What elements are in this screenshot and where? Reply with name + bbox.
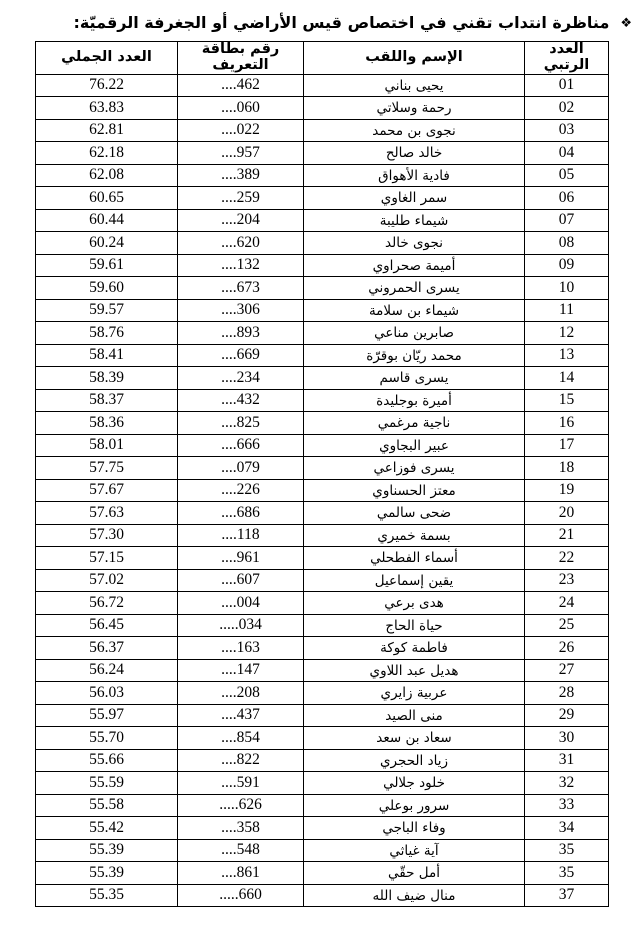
score-cell: 56.37 bbox=[36, 637, 178, 660]
score-cell: 55.59 bbox=[36, 772, 178, 795]
score-cell: 60.44 bbox=[36, 209, 178, 232]
id-card-cell: ....226 bbox=[178, 479, 304, 502]
score-cell: 62.08 bbox=[36, 164, 178, 187]
header-total-score: العدد الجملي bbox=[36, 42, 178, 75]
name-cell: يحيى بناني bbox=[304, 74, 525, 97]
name-cell: ضحى سالمي bbox=[304, 502, 525, 525]
id-card-cell: ....022 bbox=[178, 119, 304, 142]
table-row: 13 محمد ريّان بوقرّة ....669 58.41 bbox=[36, 344, 609, 367]
header-row: العدد الرتبي الإسم واللقب رقم بطاقة التع… bbox=[36, 42, 609, 75]
table-row: 15 أميرة بوجليدة ....432 58.37 bbox=[36, 389, 609, 412]
score-cell: 57.63 bbox=[36, 502, 178, 525]
name-cell: زياد الحجري bbox=[304, 749, 525, 772]
score-cell: 62.81 bbox=[36, 119, 178, 142]
table-row: 01 يحيى بناني ....462 76.22 bbox=[36, 74, 609, 97]
table-row: 33 سرور بوعلي .....626 55.58 bbox=[36, 794, 609, 817]
name-cell: عبير البجاوي bbox=[304, 434, 525, 457]
id-card-cell: ....204 bbox=[178, 209, 304, 232]
id-card-cell: .....626 bbox=[178, 794, 304, 817]
table-row: 03 نجوى بن محمد ....022 62.81 bbox=[36, 119, 609, 142]
score-cell: 57.30 bbox=[36, 524, 178, 547]
name-cell: خلود جلالي bbox=[304, 772, 525, 795]
name-cell: خالد صالح bbox=[304, 142, 525, 165]
score-cell: 58.39 bbox=[36, 367, 178, 390]
score-cell: 58.36 bbox=[36, 412, 178, 435]
score-cell: 58.37 bbox=[36, 389, 178, 412]
table-row: 37 منال ضيف الله .....660 55.35 bbox=[36, 884, 609, 907]
table-row: 35 آية غياثي ....548 55.39 bbox=[36, 839, 609, 862]
header-id-card: رقم بطاقة التعريف bbox=[178, 42, 304, 75]
id-card-cell: ....620 bbox=[178, 232, 304, 255]
rank-cell: 04 bbox=[525, 142, 609, 165]
rank-cell: 12 bbox=[525, 322, 609, 345]
id-card-cell: ....607 bbox=[178, 569, 304, 592]
id-card-cell: ....079 bbox=[178, 457, 304, 480]
id-card-cell: ....893 bbox=[178, 322, 304, 345]
score-cell: 57.67 bbox=[36, 479, 178, 502]
score-cell: 59.60 bbox=[36, 277, 178, 300]
rank-cell: 18 bbox=[525, 457, 609, 480]
rank-cell: 01 bbox=[525, 74, 609, 97]
rank-cell: 15 bbox=[525, 389, 609, 412]
rank-cell: 11 bbox=[525, 299, 609, 322]
name-cell: شيماء بن سلامة bbox=[304, 299, 525, 322]
table-row: 32 خلود جلالي ....591 55.59 bbox=[36, 772, 609, 795]
id-card-cell: ....548 bbox=[178, 839, 304, 862]
name-cell: ناجية مرغمي bbox=[304, 412, 525, 435]
name-cell: نجوى بن محمد bbox=[304, 119, 525, 142]
id-card-cell: ....825 bbox=[178, 412, 304, 435]
rank-cell: 13 bbox=[525, 344, 609, 367]
rank-cell: 14 bbox=[525, 367, 609, 390]
rank-cell: 25 bbox=[525, 614, 609, 637]
table-row: 12 صابرين مناعي ....893 58.76 bbox=[36, 322, 609, 345]
table-row: 22 أسماء الفطحلي ....961 57.15 bbox=[36, 547, 609, 570]
table-row: 07 شيماء طليبة ....204 60.44 bbox=[36, 209, 609, 232]
id-card-cell: ....132 bbox=[178, 254, 304, 277]
name-cell: يقين إسماعيل bbox=[304, 569, 525, 592]
id-card-cell: ....854 bbox=[178, 727, 304, 750]
id-card-cell: ....822 bbox=[178, 749, 304, 772]
name-cell: يسرى فوزاعي bbox=[304, 457, 525, 480]
name-cell: صابرين مناعي bbox=[304, 322, 525, 345]
id-card-cell: ....306 bbox=[178, 299, 304, 322]
name-cell: يسرى الحمروني bbox=[304, 277, 525, 300]
document-page: ❖مناظرة انتداب تقني في اختصاص قيس الأراض… bbox=[0, 0, 643, 951]
score-cell: 58.01 bbox=[36, 434, 178, 457]
diamond-bullet-icon: ❖ bbox=[620, 16, 632, 31]
table-row: 34 وفاء الباجي ....358 55.42 bbox=[36, 817, 609, 840]
score-cell: 58.41 bbox=[36, 344, 178, 367]
score-cell: 55.66 bbox=[36, 749, 178, 772]
rank-cell: 29 bbox=[525, 704, 609, 727]
header-name: الإسم واللقب bbox=[304, 42, 525, 75]
id-card-cell: ....462 bbox=[178, 74, 304, 97]
rank-cell: 07 bbox=[525, 209, 609, 232]
page-title-text: مناظرة انتداب تقني في اختصاص قيس الأراضي… bbox=[73, 13, 609, 32]
rank-cell: 20 bbox=[525, 502, 609, 525]
rank-cell: 34 bbox=[525, 817, 609, 840]
name-cell: سعاد بن سعد bbox=[304, 727, 525, 750]
score-cell: 62.18 bbox=[36, 142, 178, 165]
table-row: 24 هدى برعي ....004 56.72 bbox=[36, 592, 609, 615]
table-body: 01 يحيى بناني ....462 76.22 02 رحمة وسلا… bbox=[36, 74, 609, 907]
table-row: 35 أمل حقّي ....861 55.39 bbox=[36, 862, 609, 885]
score-cell: 57.02 bbox=[36, 569, 178, 592]
name-cell: أميمة صحراوي bbox=[304, 254, 525, 277]
rank-cell: 30 bbox=[525, 727, 609, 750]
rank-cell: 24 bbox=[525, 592, 609, 615]
name-cell: أميرة بوجليدة bbox=[304, 389, 525, 412]
id-card-cell: ....861 bbox=[178, 862, 304, 885]
name-cell: فاطمة كوكة bbox=[304, 637, 525, 660]
score-cell: 55.70 bbox=[36, 727, 178, 750]
name-cell: عربية زايري bbox=[304, 682, 525, 705]
rank-cell: 19 bbox=[525, 479, 609, 502]
id-card-cell: ....389 bbox=[178, 164, 304, 187]
id-card-cell: ....234 bbox=[178, 367, 304, 390]
score-cell: 56.45 bbox=[36, 614, 178, 637]
rank-cell: 22 bbox=[525, 547, 609, 570]
score-cell: 57.75 bbox=[36, 457, 178, 480]
table-row: 18 يسرى فوزاعي ....079 57.75 bbox=[36, 457, 609, 480]
table-header: العدد الرتبي الإسم واللقب رقم بطاقة التع… bbox=[36, 42, 609, 75]
id-card-cell: ....591 bbox=[178, 772, 304, 795]
score-cell: 55.97 bbox=[36, 704, 178, 727]
rank-cell: 33 bbox=[525, 794, 609, 817]
rank-cell: 21 bbox=[525, 524, 609, 547]
score-cell: 59.61 bbox=[36, 254, 178, 277]
id-card-cell: .....034 bbox=[178, 614, 304, 637]
id-card-cell: ....259 bbox=[178, 187, 304, 210]
rank-cell: 08 bbox=[525, 232, 609, 255]
rank-cell: 26 bbox=[525, 637, 609, 660]
score-cell: 56.72 bbox=[36, 592, 178, 615]
rank-cell: 06 bbox=[525, 187, 609, 210]
rank-cell: 35 bbox=[525, 839, 609, 862]
score-cell: 58.76 bbox=[36, 322, 178, 345]
id-card-cell: ....432 bbox=[178, 389, 304, 412]
id-card-cell: ....358 bbox=[178, 817, 304, 840]
name-cell: سرور بوعلي bbox=[304, 794, 525, 817]
name-cell: شيماء طليبة bbox=[304, 209, 525, 232]
id-card-cell: ....437 bbox=[178, 704, 304, 727]
table-row: 27 هديل عبد اللاوي ....147 56.24 bbox=[36, 659, 609, 682]
score-cell: 76.22 bbox=[36, 74, 178, 97]
score-cell: 60.65 bbox=[36, 187, 178, 210]
rank-cell: 05 bbox=[525, 164, 609, 187]
rank-cell: 28 bbox=[525, 682, 609, 705]
score-cell: 60.24 bbox=[36, 232, 178, 255]
score-cell: 63.83 bbox=[36, 97, 178, 120]
score-cell: 55.39 bbox=[36, 862, 178, 885]
score-cell: 59.57 bbox=[36, 299, 178, 322]
rank-cell: 23 bbox=[525, 569, 609, 592]
name-cell: فادية الأهواق bbox=[304, 164, 525, 187]
table-row: 16 ناجية مرغمي ....825 58.36 bbox=[36, 412, 609, 435]
rank-cell: 03 bbox=[525, 119, 609, 142]
results-table: العدد الرتبي الإسم واللقب رقم بطاقة التع… bbox=[35, 41, 609, 907]
rank-cell: 16 bbox=[525, 412, 609, 435]
name-cell: نجوى خالد bbox=[304, 232, 525, 255]
rank-cell: 31 bbox=[525, 749, 609, 772]
id-card-cell: ....004 bbox=[178, 592, 304, 615]
rank-cell: 32 bbox=[525, 772, 609, 795]
rank-cell: 10 bbox=[525, 277, 609, 300]
name-cell: محمد ريّان بوقرّة bbox=[304, 344, 525, 367]
id-card-cell: ....669 bbox=[178, 344, 304, 367]
name-cell: حياة الحاج bbox=[304, 614, 525, 637]
table-row: 09 أميمة صحراوي ....132 59.61 bbox=[36, 254, 609, 277]
score-cell: 55.35 bbox=[36, 884, 178, 907]
rank-cell: 17 bbox=[525, 434, 609, 457]
table-row: 02 رحمة وسلاتي ....060 63.83 bbox=[36, 97, 609, 120]
rank-cell: 09 bbox=[525, 254, 609, 277]
table-row: 28 عربية زايري ....208 56.03 bbox=[36, 682, 609, 705]
table-row: 11 شيماء بن سلامة ....306 59.57 bbox=[36, 299, 609, 322]
table-row: 04 خالد صالح ....957 62.18 bbox=[36, 142, 609, 165]
name-cell: أسماء الفطحلي bbox=[304, 547, 525, 570]
id-card-cell: ....060 bbox=[178, 97, 304, 120]
name-cell: أمل حقّي bbox=[304, 862, 525, 885]
name-cell: يسرى قاسم bbox=[304, 367, 525, 390]
name-cell: بسمة خميري bbox=[304, 524, 525, 547]
table-row: 20 ضحى سالمي ....686 57.63 bbox=[36, 502, 609, 525]
name-cell: منى الصيد bbox=[304, 704, 525, 727]
name-cell: رحمة وسلاتي bbox=[304, 97, 525, 120]
name-cell: معتز الحسناوي bbox=[304, 479, 525, 502]
table-row: 05 فادية الأهواق ....389 62.08 bbox=[36, 164, 609, 187]
table-row: 29 منى الصيد ....437 55.97 bbox=[36, 704, 609, 727]
table-row: 06 سمر الغاوي ....259 60.65 bbox=[36, 187, 609, 210]
table-row: 10 يسرى الحمروني ....673 59.60 bbox=[36, 277, 609, 300]
rank-cell: 37 bbox=[525, 884, 609, 907]
header-rank: العدد الرتبي bbox=[525, 42, 609, 75]
score-cell: 56.24 bbox=[36, 659, 178, 682]
score-cell: 55.58 bbox=[36, 794, 178, 817]
name-cell: وفاء الباجي bbox=[304, 817, 525, 840]
table-row: 30 سعاد بن سعد ....854 55.70 bbox=[36, 727, 609, 750]
id-card-cell: .....660 bbox=[178, 884, 304, 907]
table-row: 19 معتز الحسناوي ....226 57.67 bbox=[36, 479, 609, 502]
table-row: 23 يقين إسماعيل ....607 57.02 bbox=[36, 569, 609, 592]
name-cell: منال ضيف الله bbox=[304, 884, 525, 907]
score-cell: 56.03 bbox=[36, 682, 178, 705]
id-card-cell: ....961 bbox=[178, 547, 304, 570]
id-card-cell: ....163 bbox=[178, 637, 304, 660]
name-cell: هدى برعي bbox=[304, 592, 525, 615]
score-cell: 55.39 bbox=[36, 839, 178, 862]
table-row: 14 يسرى قاسم ....234 58.39 bbox=[36, 367, 609, 390]
name-cell: هديل عبد اللاوي bbox=[304, 659, 525, 682]
rank-cell: 35 bbox=[525, 862, 609, 885]
rank-cell: 27 bbox=[525, 659, 609, 682]
table-row: 26 فاطمة كوكة ....163 56.37 bbox=[36, 637, 609, 660]
score-cell: 55.42 bbox=[36, 817, 178, 840]
name-cell: سمر الغاوي bbox=[304, 187, 525, 210]
score-cell: 57.15 bbox=[36, 547, 178, 570]
table-row: 17 عبير البجاوي ....666 58.01 bbox=[36, 434, 609, 457]
table-row: 25 حياة الحاج .....034 56.45 bbox=[36, 614, 609, 637]
id-card-cell: ....208 bbox=[178, 682, 304, 705]
table-row: 31 زياد الحجري ....822 55.66 bbox=[36, 749, 609, 772]
id-card-cell: ....147 bbox=[178, 659, 304, 682]
table-row: 21 بسمة خميري ....118 57.30 bbox=[36, 524, 609, 547]
id-card-cell: ....957 bbox=[178, 142, 304, 165]
rank-cell: 02 bbox=[525, 97, 609, 120]
id-card-cell: ....673 bbox=[178, 277, 304, 300]
table-row: 08 نجوى خالد ....620 60.24 bbox=[36, 232, 609, 255]
id-card-cell: ....118 bbox=[178, 524, 304, 547]
name-cell: آية غياثي bbox=[304, 839, 525, 862]
page-title: ❖مناظرة انتداب تقني في اختصاص قيس الأراض… bbox=[73, 13, 632, 32]
id-card-cell: ....666 bbox=[178, 434, 304, 457]
id-card-cell: ....686 bbox=[178, 502, 304, 525]
